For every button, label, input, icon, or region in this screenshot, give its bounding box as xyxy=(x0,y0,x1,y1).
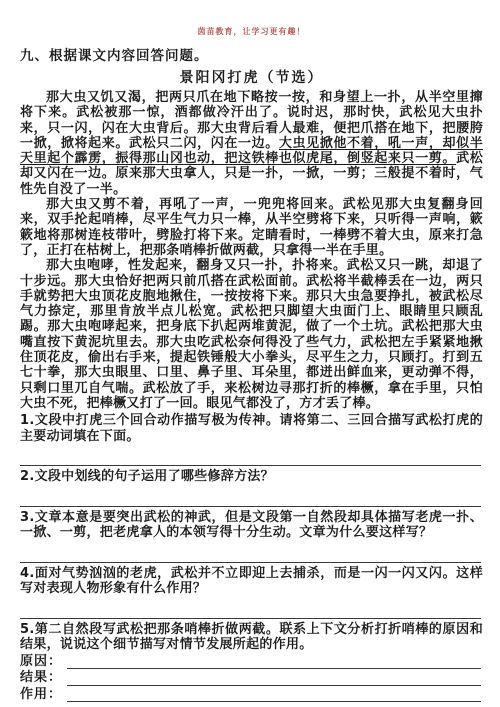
passage-paragraph-1: 那大虫又饥又渴，把两只爪在地下略按一按，和身望上一扑，从半空里撺将下来。武松被那… xyxy=(20,90,483,197)
section-heading: 九、根据课文内容回答问题。 xyxy=(20,44,483,64)
fill-blank-effect xyxy=(67,689,481,702)
fill-label-result: 结果： xyxy=(20,670,62,686)
fill-row-result: 结果： xyxy=(20,670,483,686)
fill-label-cause: 原因： xyxy=(20,654,62,670)
fill-blank-result xyxy=(67,673,481,686)
fill-row-cause: 原因： xyxy=(20,654,483,670)
fill-label-effect: 作用： xyxy=(20,687,62,703)
fill-blank-cause xyxy=(67,656,481,669)
header-slogan: 茵苗教育，让学习更有趣！ xyxy=(20,26,483,37)
passage-paragraph-2: 那大虫又剪不着，再吼了一声，一兜兜将回来。武松见那大虫复翻身回来，双手抡起哨棒，… xyxy=(20,197,483,258)
fill-row-effect: 作用： xyxy=(20,687,483,703)
answer-blank-2 xyxy=(20,494,481,507)
worksheet-page: 茵苗教育，让学习更有趣！ 九、根据课文内容回答问题。 景阳冈打虎（节选） 那大虫… xyxy=(0,0,500,707)
question-4: 4.面对气势汹汹的老虎，武松并不立即迎上去捕杀，而是一闪一闪又闪。这样写对表现人… xyxy=(20,566,483,597)
question-1: 1.文段中打虎三个回合动作描写极为传神。请将第二、三回合描写武松打虎的主要动词填… xyxy=(20,413,483,444)
answer-blank-1 xyxy=(20,453,481,466)
answer-blank-3 xyxy=(20,550,481,563)
answer-blank-4 xyxy=(20,606,481,619)
question-2: 2.文段中划线的句子运用了哪些修辞方法？ xyxy=(20,469,483,485)
passage-title: 景阳冈打虎（节选） xyxy=(20,67,483,87)
passage-paragraph-3: 那大虫咆哮，性发起来，翻身又只一扑，扑将来。武松又只一跳，却退了十步远。那大虫恰… xyxy=(20,258,483,411)
question-5: 5.第二自然段写武松把那条哨棒折做两截。联系上下文分析打折哨棒的原因和结果，说说… xyxy=(20,622,483,653)
question-3: 3.文章本意是要突出武松的神武，但是文段第一自然段却具体描写老虎一扑、一掀、一剪… xyxy=(20,510,483,541)
